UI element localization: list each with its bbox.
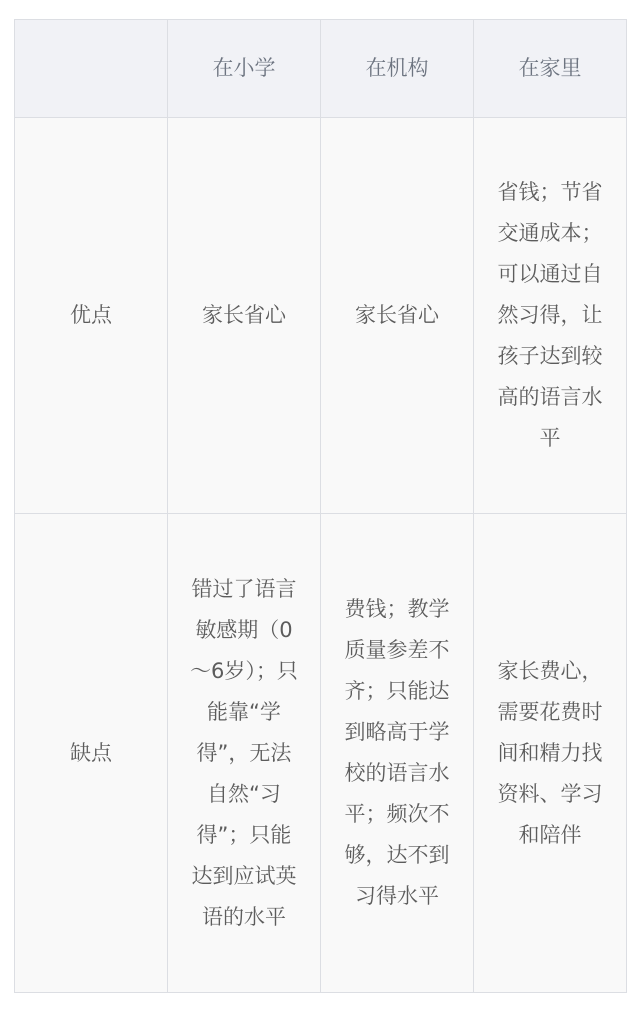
table-row-pros: 优点 家长省心 家长省心 省钱；节省交通成本；可以通过自然习得，让孩子达到较高的… (15, 118, 627, 514)
header-at-institution: 在机构 (321, 20, 474, 118)
header-at-primary-school: 在小学 (168, 20, 321, 118)
cell-cons-home: 家长费心，需要花费时间和精力找资料、学习和陪伴 (474, 514, 627, 993)
header-corner (15, 20, 168, 118)
comparison-table: 在小学 在机构 在家里 优点 家长省心 家长省心 省钱；节省交通成本；可以通过自… (14, 19, 627, 993)
cell-cons-institution: 费钱；教学质量参差不齐；只能达到略高于学校的语言水平；频次不够，达不到习得水平 (321, 514, 474, 993)
table-header: 在小学 在机构 在家里 (15, 20, 627, 118)
row-label-pros: 优点 (15, 118, 168, 514)
cell-pros-school: 家长省心 (168, 118, 321, 514)
cell-pros-institution: 家长省心 (321, 118, 474, 514)
table-row-cons: 缺点 错过了语言敏感期（0～6岁）；只能靠“学得”，无法自然“习得”；只能达到应… (15, 514, 627, 993)
row-label-cons: 缺点 (15, 514, 168, 993)
cell-cons-school: 错过了语言敏感期（0～6岁）；只能靠“学得”，无法自然“习得”；只能达到应试英语… (168, 514, 321, 993)
table-body: 优点 家长省心 家长省心 省钱；节省交通成本；可以通过自然习得，让孩子达到较高的… (15, 118, 627, 993)
cell-pros-home: 省钱；节省交通成本；可以通过自然习得，让孩子达到较高的语言水平 (474, 118, 627, 514)
header-at-home: 在家里 (474, 20, 627, 118)
header-row: 在小学 在机构 在家里 (15, 20, 627, 118)
